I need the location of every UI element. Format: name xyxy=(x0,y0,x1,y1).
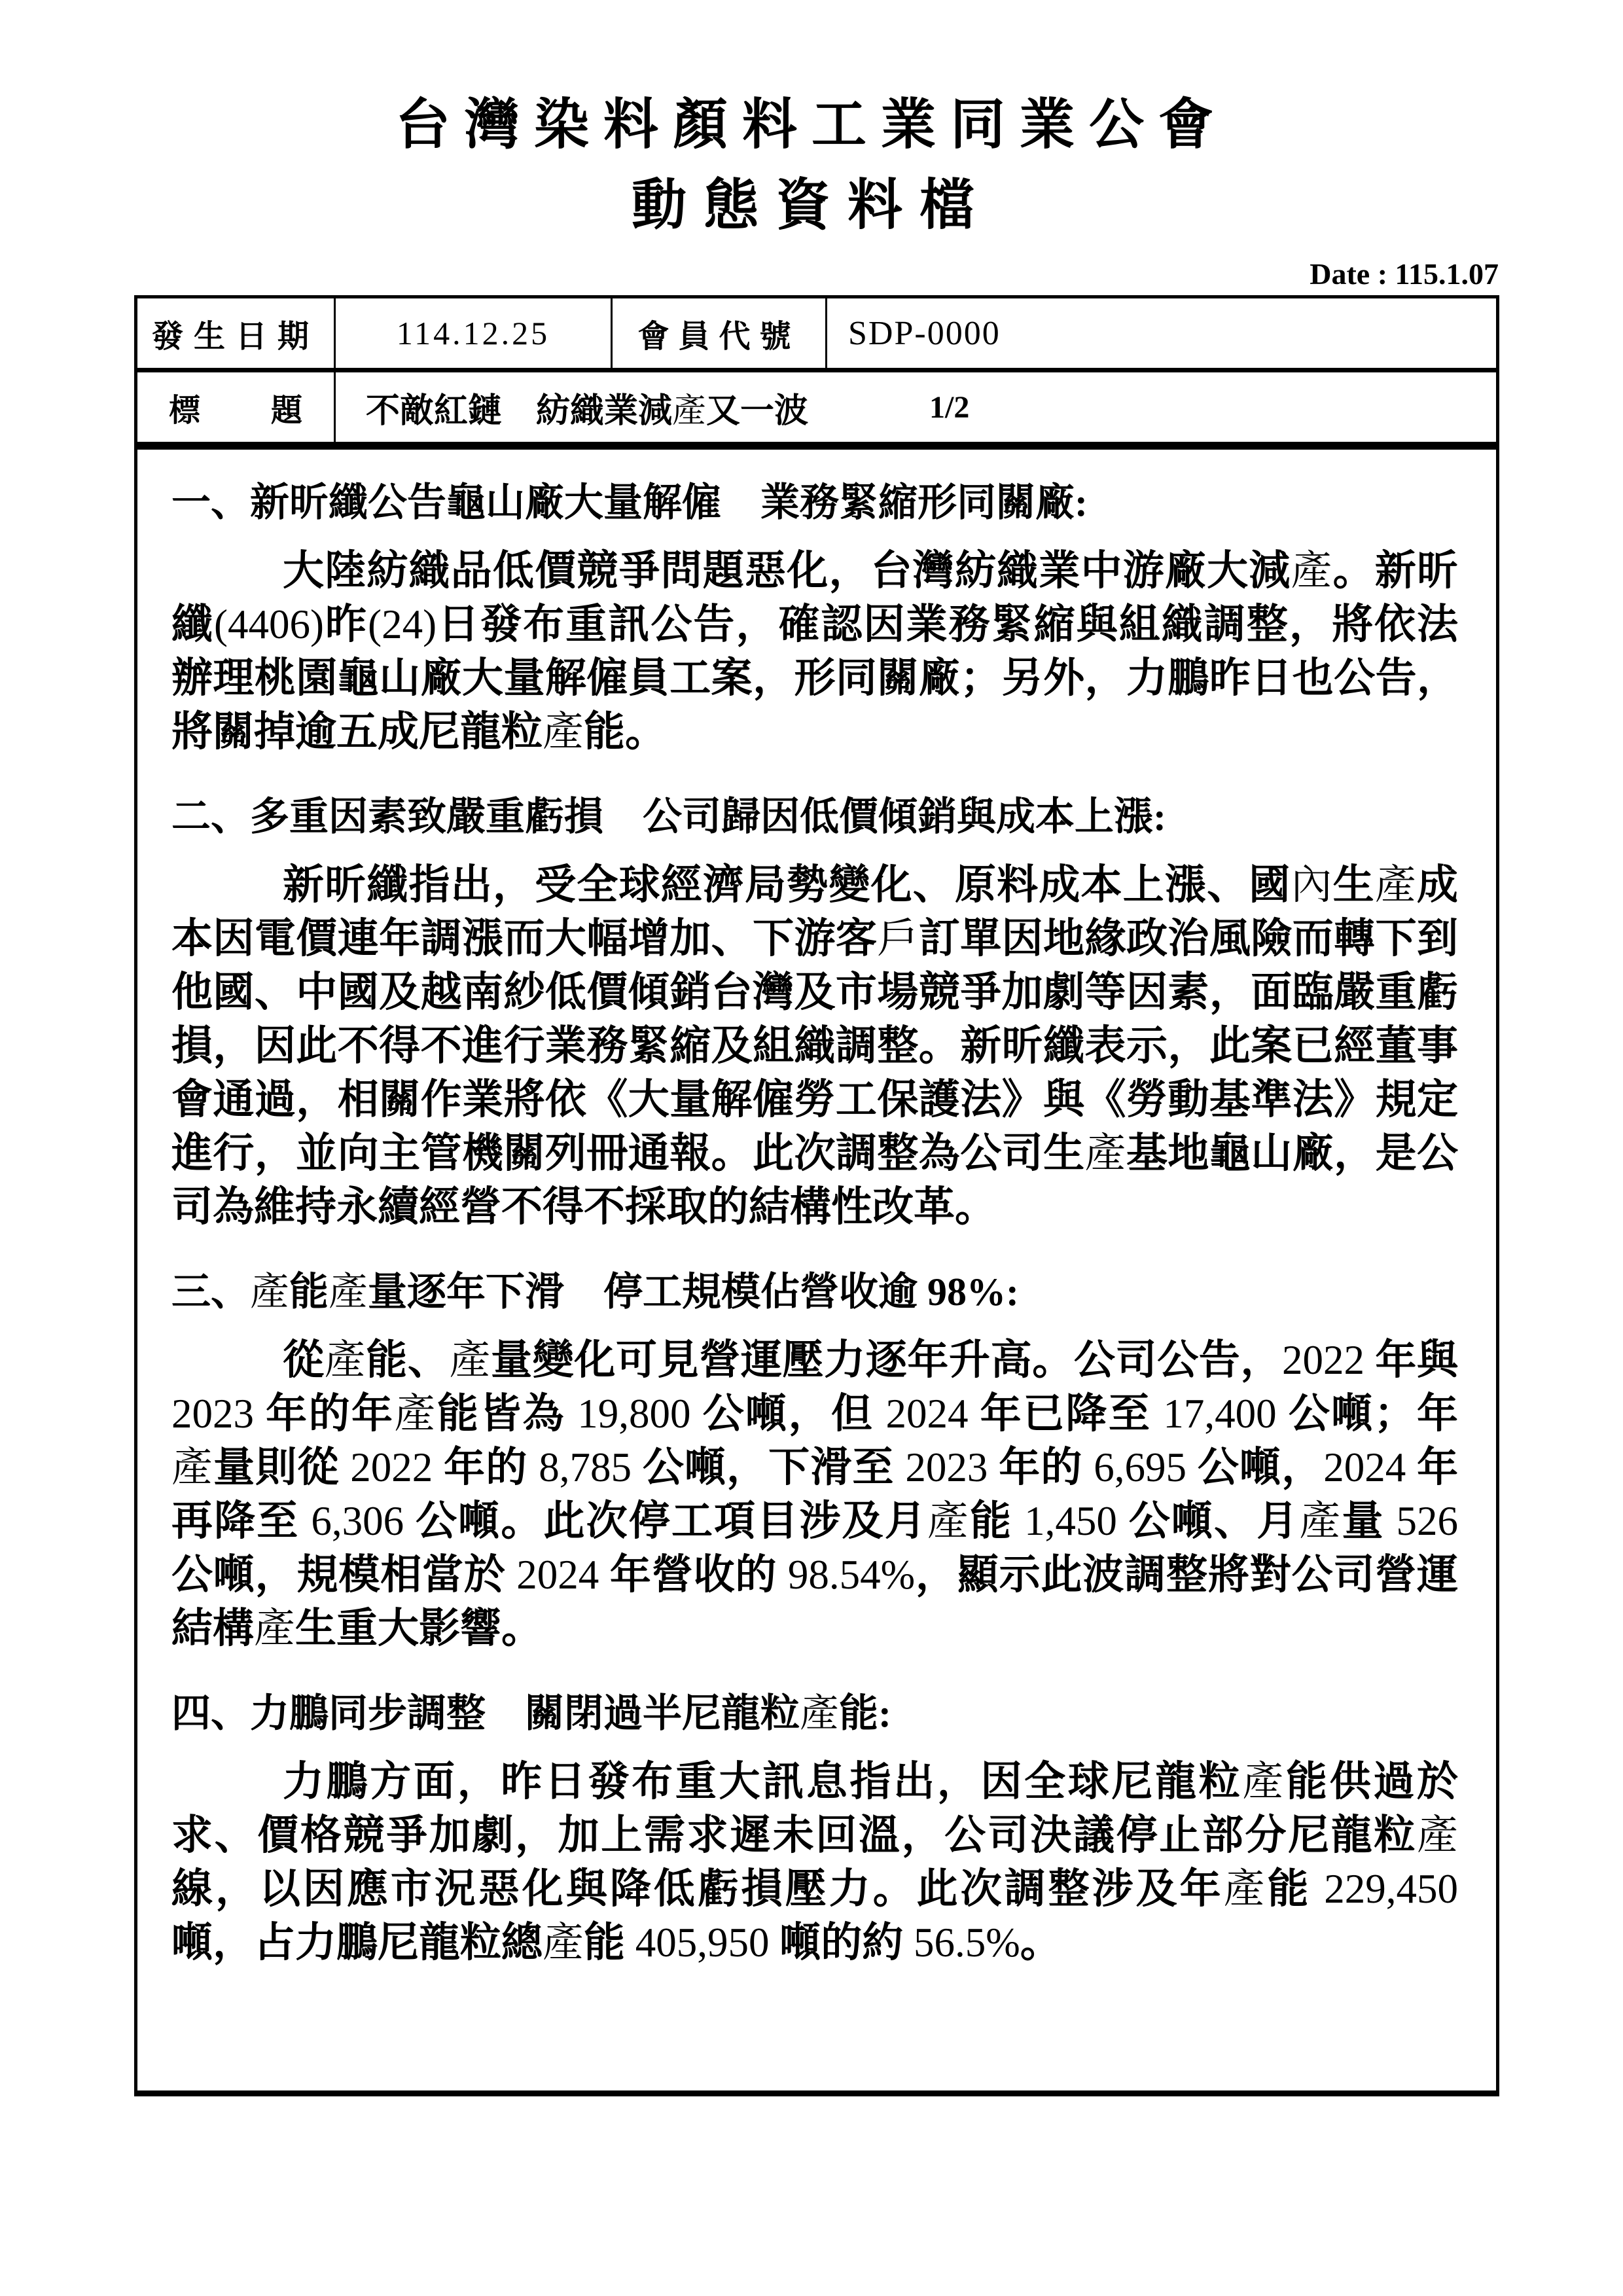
page-title: 台灣染料顏料工業同業公會 xyxy=(0,90,1623,159)
content-box: 一、新昕纖公告龜山廠大量解僱 業務緊縮形同關廠: 大陸紡織品低價競爭問題惡化，台… xyxy=(134,450,1499,2096)
document-page: 台灣染料顏料工業同業公會 動態資料檔 Date : 115.1.07 發生日期 … xyxy=(0,0,1623,2296)
page-subtitle: 動態資料檔 xyxy=(0,171,1623,240)
section-2: 二、多重因素致嚴重虧損 公司歸因低價傾銷與成本上漲: 新昕纖指出，受全球經濟局勢… xyxy=(171,790,1458,1234)
occur-date-label: 發生日期 xyxy=(137,298,336,368)
section-1: 一、新昕纖公告龜山廠大量解僱 業務緊縮形同關廠: 大陸紡織品低價競爭問題惡化，台… xyxy=(171,476,1458,759)
subject-label-char: 標 xyxy=(169,385,200,430)
section-4: 四、力鵬同步調整 關閉過半尼龍粒產能: 力鵬方面，昨日發布重大訊息指出，因全球尼… xyxy=(171,1687,1458,1969)
section-body: 新昕纖指出，受全球經濟局勢變化、原料成本上漲、國內生產成本因電價連年調漲而大幅增… xyxy=(171,858,1458,1234)
date-label: Date : 115.1.07 xyxy=(0,257,1499,291)
section-heading-text: 產能產量逐年下滑 停工規模佔營收逾 98%: xyxy=(250,1270,1019,1314)
info-table: 發生日期 114.12.25 會員代號 SDP-0000 標 題 不敵紅鏈 紡織… xyxy=(134,295,1499,450)
section-body: 力鵬方面，昨日發布重大訊息指出，因全球尼龍粒產能供過於求、價格競爭加劇，加上需求… xyxy=(171,1755,1458,1969)
page-indicator: 1/2 xyxy=(929,389,969,425)
occur-date-value: 114.12.25 xyxy=(336,298,613,368)
section-heading: 二、多重因素致嚴重虧損 公司歸因低價傾銷與成本上漲: xyxy=(171,790,1458,844)
section-heading-text: 力鵬同步調整 關閉過半尼龍粒產能: xyxy=(250,1691,891,1735)
subject-cell: 不敵紅鏈 紡織業減產又一波 1/2 xyxy=(336,372,1496,442)
section-heading-text: 多重因素致嚴重虧損 公司歸因低價傾銷與成本上漲: xyxy=(250,795,1166,838)
subject-value: 不敵紅鏈 紡織業減產又一波 xyxy=(366,383,808,432)
section-number: 一、 xyxy=(171,480,250,524)
section-number: 三、 xyxy=(171,1270,250,1314)
subject-label: 標 題 xyxy=(137,372,336,442)
document-header: 台灣染料顏料工業同業公會 動態資料檔 xyxy=(0,0,1623,240)
section-number: 四、 xyxy=(171,1691,250,1735)
section-heading: 四、力鵬同步調整 關閉過半尼龍粒產能: xyxy=(171,1687,1458,1740)
table-row: 發生日期 114.12.25 會員代號 SDP-0000 xyxy=(137,298,1496,372)
section-heading: 三、產能產量逐年下滑 停工規模佔營收逾 98%: xyxy=(171,1265,1458,1319)
section-body: 大陸紡織品低價競爭問題惡化，台灣紡織業中游廠大減產。新昕纖(4406)昨(24)… xyxy=(171,544,1458,759)
section-number: 二、 xyxy=(171,795,250,838)
table-row: 標 題 不敵紅鏈 紡織業減產又一波 1/2 xyxy=(137,372,1496,446)
section-heading: 一、新昕纖公告龜山廠大量解僱 業務緊縮形同關廠: xyxy=(171,476,1458,529)
subject-label-char: 題 xyxy=(271,385,302,430)
section-heading-text: 新昕纖公告龜山廠大量解僱 業務緊縮形同關廠: xyxy=(250,480,1088,524)
section-body: 從產能、產量變化可見營運壓力逐年升高。公司公告，2022 年與 2023 年的年… xyxy=(171,1333,1458,1655)
member-code-label: 會員代號 xyxy=(613,298,827,368)
section-3: 三、產能產量逐年下滑 停工規模佔營收逾 98%: 從產能、產量變化可見營運壓力逐… xyxy=(171,1265,1458,1655)
member-code-value: SDP-0000 xyxy=(827,298,1496,368)
